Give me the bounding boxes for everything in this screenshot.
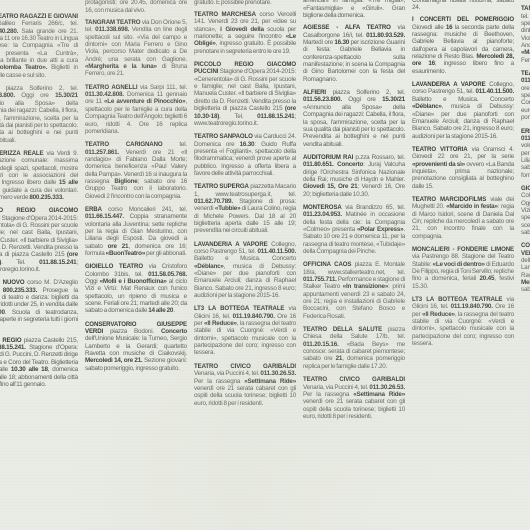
listing-text: piazza Solferino 2, tel.	[6, 85, 78, 92]
listing-text: 011.20.15.16.	[303, 341, 339, 348]
listing-text: 800.235.333.	[29, 194, 63, 201]
listing-entry: LT3 LA BOTTEGA TEATRALE via Glicini 16, …	[194, 305, 296, 356]
venue-name: TEATRO SANPAOLO	[194, 133, 253, 140]
listing-text: 16.30	[240, 141, 255, 148]
listing-entry: PICCOLO REGIO GIACOMO PUCCINI Stagione d…	[0, 207, 78, 273]
listing-text: Giovedì 15, Ore 21	[303, 183, 357, 190]
listing-text: Mercoledì 14, ore 21.	[521, 279, 530, 286]
listing-continuation: in scena la scuola di marionette; a segu…	[194, 0, 296, 6]
listing-text: via Sarpi 111, tel.	[140, 84, 187, 91]
listing-text: Stagione d'Opera 2014-2015: «Cenerentola…	[194, 68, 296, 112]
venue-name: TEATRO CIVICO GARIBALDI	[194, 363, 296, 370]
venue-name: CAVALLERIZZA REALE	[0, 150, 44, 157]
listing-text: 011.88.15.241	[39, 259, 76, 266]
listing-text: 011.19.840.790.	[451, 303, 493, 310]
listing-text: . Tel.	[1, 259, 39, 266]
listing-text: per iscrizione Guarini di festa: Gabriel…	[303, 39, 405, 83]
venue-name: ALFIERI	[303, 89, 326, 96]
listing-text: 10.30 alle 18	[11, 366, 48, 373]
listing-text: 011.56.23.800.	[0, 92, 15, 99]
venue-name: TEATRO CIVICO GARIBALDI	[303, 376, 405, 383]
listing-text: venerdì ore 21 serata cabaret con gli os…	[303, 398, 405, 420]
listing-continuation: «Fiera il fantasma», spettacoli per amer…	[303, 0, 405, 19]
newspaper-column: «Fiera il fantasma», spettacoli per amer…	[303, 0, 405, 426]
venue-name: AGIESSE - ALFA TEATRO	[303, 24, 391, 31]
listing-text: 011.755.711.	[303, 276, 337, 283]
listing-text: «Il Reduce»	[204, 320, 237, 327]
venue-name: CONSERVATORIO GIUSEPPE VERDI	[521, 242, 530, 256]
venue-name: MONCALIERI - FONDERIE LIMONE	[412, 246, 514, 253]
listing-text: «In transizione»	[343, 283, 388, 290]
listing-text: dell'Unione Musicale: la Tumeo, Sergio L…	[85, 335, 187, 357]
listing-text: Oggi ore	[15, 92, 55, 99]
listing-entry: GIOIELLO TEATRO via Cristoforo Colombo 3…	[521, 185, 530, 236]
listing-text: p.zza Rossaro, tel.	[355, 154, 405, 161]
listing-entry: ALFIERI piazza Solferino 2, tel. 011.56.…	[303, 89, 405, 148]
venue-name: TEATRO VITTORIA	[412, 146, 468, 153]
venue-name: TEATRO DELLA SALUTE	[303, 326, 382, 333]
listing-text: «BuonTeatro»	[106, 250, 145, 257]
listing-text: venerdì ore 21 serata cabaret con gli os…	[194, 385, 296, 407]
listing-entry: CONSERVATORIO GIUSEPPE VERDI piazza Bodo…	[521, 242, 530, 293]
listing-text: 011.88.15.241	[257, 113, 294, 120]
listing-text: 011.257.861.	[85, 149, 119, 156]
venue-name: CASA TEATRO RAGAZZI E GIOVANI	[0, 13, 78, 20]
listing-text: 16.30	[334, 39, 349, 46]
listing-text: «Déblanc»	[194, 263, 224, 270]
listing-text: Concerto	[161, 328, 187, 335]
listing-text: «Fiera il fantasma», spettacoli per amer…	[303, 0, 405, 19]
listing-text: Concerto	[337, 161, 363, 168]
listing-entry: TEATRO DELLA SALUTE piazza Chiesa della …	[303, 326, 405, 370]
venue-name: GIOIELLO TEATRO	[85, 263, 143, 270]
listing-text: Giovedì alle	[412, 24, 446, 31]
listing-entry: TEATRO SUPERGA piazzetta Macario 1, www.…	[194, 183, 296, 234]
listing-text: Oggi	[85, 278, 100, 285]
listing-entry: CASA TEATRO RAGAZZI E GIOVANI corso Gali…	[0, 13, 78, 79]
newspaper-column: in scena la scuola di marionette; a segu…	[194, 0, 296, 426]
venue-name: TEATRO AGNELLI	[85, 84, 137, 91]
listing-entry: TEATRO AGNELLI via Sarpi 111, tel. 011.3…	[521, 70, 530, 121]
listing-text: 011.62.70.789.	[194, 198, 233, 205]
listing-text: corso Moncalieri 241, tel.	[108, 206, 187, 213]
listing-entry: LAVANDERIA A VAPORE Collegno, corso Past…	[194, 241, 296, 300]
listing-text: 011.338.698.	[95, 26, 129, 33]
listing-text: ore 21	[108, 243, 129, 250]
listing-entry: TEATRO AGNELLI via Sarpi 111, tel. 011.3…	[85, 84, 187, 135]
newspaper-page: nica 11, ore 16, la Compagnia presenta l…	[0, 0, 530, 530]
listing-entry: LAVANDERIA A VAPORE Collegno, corso Past…	[412, 81, 514, 140]
listing-text: 011.40.11.500.	[475, 88, 514, 95]
listing-text: «Margherita e la luna»	[521, 49, 530, 56]
listing-text: 011.56.23.800.	[303, 96, 342, 103]
listing-text: 20.45	[480, 275, 495, 282]
listing-text: «Déblanc»	[412, 103, 442, 110]
newspaper-column: nica 11, ore 16, la Compagnia presenta l…	[0, 0, 78, 426]
listing-text: s'intreccia la vicenda dei due protagoni…	[85, 0, 187, 14]
listing-text: Mercoledì 14, ore 21.	[85, 357, 143, 364]
listing-text: «Annuncio alla Sposa» della Compagnia de…	[0, 100, 78, 144]
newspaper-column: ore 21; domenica 16.TANGRAM TEATRO via D…	[521, 0, 530, 426]
listing-text: «Il Reduce»	[422, 311, 455, 318]
listing-entry: ERBA corso Moncalieri 241, tel. 011.66.1…	[85, 206, 187, 257]
listing-text: 011.30.42.808.	[85, 91, 124, 98]
listing-text: «Annuncio alla Sposa» della Compagnia de…	[303, 104, 405, 148]
listing-text: «Molli e i Buonofficina»	[100, 278, 167, 285]
listing-entry: TANGRAM TEATRO via Don Orione 5, tel. 01…	[85, 19, 187, 78]
listing-text: Biglione	[114, 178, 137, 185]
listing-text: 15.30/21	[382, 96, 405, 103]
venue-name: TANGRAM TEATRO	[521, 5, 530, 12]
listing-text: «Polar Express»	[357, 226, 403, 233]
venue-name: TEATRO MARCIDOFILMS	[412, 196, 486, 203]
listing-text: via Brandizzo 65, tel.	[345, 204, 405, 211]
listing-text: 011.58.05.768.	[148, 271, 187, 278]
listing-text: 011.66.15.447.	[521, 135, 530, 142]
listing-text: Balletto e Musica. Concerto	[194, 255, 296, 262]
listing-text: Balletto e Musica. Concerto	[412, 96, 514, 103]
listing-text: tel.	[179, 141, 187, 148]
listing-text: «Tubbie»	[215, 205, 241, 212]
listing-text: «provenienti da sì»	[412, 161, 465, 168]
newspaper-column: s'intreccia la vicenda dei due protagoni…	[85, 0, 187, 426]
venue-name: LT3 LA BOTTEGA TEATRALE	[194, 305, 284, 312]
newspaper-sheet: nica 11, ore 16, la Compagnia presenta l…	[0, 0, 530, 426]
listing-text: Oggi ore	[342, 96, 382, 103]
listing-text: 011.30.26.53.	[369, 384, 405, 391]
listing-text: «Le avventure di Pinocchio»	[104, 98, 185, 105]
venue-name: OFFICINA CAOS	[303, 261, 351, 268]
listing-entry: TEATRO CARIGNANO tel. 011.257.861. Vener…	[85, 141, 187, 200]
listing-text: «Colomba Teatro».	[0, 64, 47, 71]
listing-entry: TANGRAM TEATRO via Don Orione 5, tel. 01…	[521, 5, 530, 64]
listing-text: «Settimana Ride»	[244, 378, 296, 385]
venue-name: GIOIELLO TEATRO	[521, 185, 530, 192]
venue-name: I CONCERTI DEL POMERIGGIO	[412, 16, 514, 23]
listing-entry: TEATRO SANPAOLO via Carducci 24. Domenic…	[194, 133, 296, 177]
listing-continuation: 11. Ore 20 del sab. Atelier Puigi, marte…	[412, 0, 514, 11]
listing-text: 011.19.840.790.	[233, 313, 275, 320]
listing-entry: ERBA corso Moncalieri 241, tel. 011.66.1…	[521, 128, 530, 179]
listing-text: Per la rassegna	[303, 391, 353, 398]
listing-text: Venaria, via Puccini 4, tel.	[194, 370, 260, 377]
listing-entry: MONCALIERI - FONDERIE LIMONE via Pastren…	[412, 246, 514, 290]
listing-entry: OFFICINA CAOS piazza E. Montale 18/a, ww…	[303, 261, 405, 320]
venue-name: MONTEROSA	[303, 204, 342, 211]
listing-entry: TEATRO MARCIDOFILMS viale dei Mughetti 2…	[412, 196, 514, 240]
listing-text: 011.30.42.808.	[521, 77, 530, 84]
venue-name: LAVANDERIA A VAPORE	[412, 81, 486, 88]
listing-text: 11. Ore 20 del sab. Atelier Puigi, marte…	[412, 0, 514, 11]
listing-text: 011.23.04.953.	[303, 211, 342, 218]
listing-entry: MONTEROSA via Brandizzo 65, tel. 011.23.…	[303, 204, 405, 255]
listing-text: nica 11, ore 16, la Compagnia presenta l…	[0, 0, 78, 8]
listing-text: Martedì ore	[303, 39, 334, 46]
venue-name: TEATRO REGIO	[0, 337, 21, 344]
listing-entry: TEATRO MARCHESA corso Vercelli 141. Vene…	[194, 11, 296, 55]
listing-entry: TEATRO NUOVO corso M. D'Azeglio 17, tel.…	[0, 279, 78, 330]
listing-text: 011.66.15.447.	[85, 213, 124, 220]
venue-name: AUDITORIUM RAI	[303, 154, 353, 161]
listing-text: 011.88.15.241.	[0, 344, 26, 351]
listing-entry: TEATRO CIVICO GARIBALDI Venaria, via Puc…	[194, 363, 296, 407]
listing-text: 011.19.740.280.	[0, 28, 18, 35]
listing-entry: TEATRO REGIO piazza Castello 215, tel. 0…	[0, 337, 78, 388]
listing-text: 011.80.93.529.	[366, 32, 405, 39]
listing-text: Venaria, via Puccini 4, tel.	[303, 384, 369, 391]
venue-name: TEATRO AGNELLI	[521, 70, 530, 77]
listing-continuation: nica 11, ore 16, la Compagnia presenta l…	[0, 0, 78, 8]
venue-name: TEATRO NUOVO	[0, 279, 25, 286]
listing-text: 011.80.651.	[303, 161, 337, 168]
venue-name: ERBA	[521, 128, 530, 135]
listing-entry: GIOIELLO TEATRO via Cristoforo Colombo 3…	[85, 263, 187, 314]
listing-text: 14 alle 20	[148, 307, 173, 314]
listing-entry: TEATRO CIVICO GARIBALDI Venaria, via Puc…	[303, 376, 405, 420]
venue-name: TEATRO CARIGNANO	[85, 141, 163, 148]
listing-text: corso Galileo Ferraris 266/c, tel.	[0, 20, 78, 27]
listing-text: .	[173, 307, 175, 314]
listing-entry: PICCOLO REGIO GIACOMO PUCCINI Stagione d…	[194, 61, 296, 127]
listing-entry: AGIESSE - ALFA TEATRO via Casalborgone 1…	[303, 24, 405, 83]
listing-text: «Settimana Ride»	[353, 391, 405, 398]
venue-name: TEATRO MARCHESA	[194, 11, 256, 18]
listing-text: 011.40.11.500.	[257, 248, 296, 255]
listing-text: in scena la scuola di marionette; a segu…	[194, 0, 296, 6]
listing-entry: CONSERVATORIO GIUSEPPE VERDI piazza Bodo…	[85, 321, 187, 372]
listing-entry: AUDITORIUM RAI p.zza Rossaro, tel. 011.8…	[303, 154, 405, 198]
listing-entry: LT3 LA BOTTEGA TEATRALE via Glicini 16, …	[412, 296, 514, 347]
listing-text: per gli abbonati.	[145, 250, 186, 257]
venue-name: ERBA	[85, 206, 102, 213]
listing-entry: TEATRO VITTORIA via Gramsci 4. Giovedì 2…	[412, 146, 514, 190]
newspaper-column: 11. Ore 20 del sab. Atelier Puigi, marte…	[412, 0, 514, 426]
listing-text: «Le voci di dentro»	[433, 261, 485, 268]
listing-continuation: s'intreccia la vicenda dei due protagoni…	[85, 0, 187, 14]
listing-entry: ALFIERI piazza Solferino 2, tel. 011.56.…	[0, 85, 78, 144]
listing-text: Oggi	[521, 200, 530, 207]
listing-text: 011.30.26.53.	[260, 370, 296, 377]
listing-text: piazza Solferino 2, tel.	[333, 89, 405, 96]
listing-text: piazza Bodoni.	[110, 328, 161, 335]
venue-name: TEATRO SUPERGA	[194, 183, 249, 190]
listing-text: Per la rassegna	[194, 378, 244, 385]
listing-text: Giovedì della	[225, 26, 263, 33]
venue-name: LAVANDERIA A VAPORE	[194, 241, 268, 248]
listing-text: 800.235.333.	[3, 287, 37, 294]
listing-text: . Tel.	[219, 113, 257, 120]
listing-entry: CAVALLERIZZA REALE via Verdi 9. Manifest…	[0, 150, 78, 201]
venue-name: TANGRAM TEATRO	[85, 19, 140, 26]
listing-text: «Margherita e la luna»	[85, 63, 157, 70]
listing-entry: I CONCERTI DEL POMERIGGIO Giovedì alle 1…	[412, 16, 514, 75]
listing-text: dell'Unione Musicale: la Tumeo, Sergio L…	[521, 257, 530, 279]
listing-text: 15.30/21	[55, 92, 78, 99]
listing-text: . Scuola di teatrodanza, iscrizioni aper…	[0, 309, 78, 331]
venue-name: LT3 LA BOTTEGA TEATRALE	[412, 296, 502, 303]
listing-text: «Marcido in festa»	[446, 203, 498, 210]
